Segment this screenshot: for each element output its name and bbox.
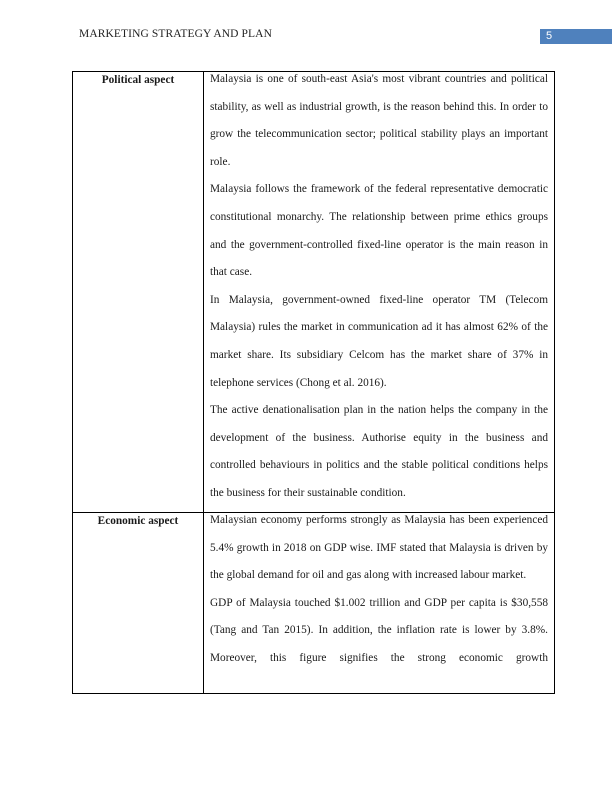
table-row-economic: Economic aspect Malaysian economy perfor…: [73, 513, 555, 694]
paragraph: Malaysian economy performs strongly as M…: [210, 507, 548, 590]
pest-analysis-table: Political aspect Malaysia is one of sout…: [72, 71, 555, 694]
paragraph: The active denationalisation plan in the…: [210, 397, 548, 507]
running-header-title: MARKETING STRATEGY AND PLAN: [79, 28, 272, 40]
paragraph: GDP of Malaysia touched $1.002 trillion …: [210, 590, 548, 673]
aspect-label-cell: Economic aspect: [73, 513, 204, 694]
paragraph: Malaysia is one of south-east Asia's mos…: [210, 66, 548, 176]
aspect-content-cell: Malaysian economy performs strongly as M…: [204, 513, 555, 694]
aspect-label: Economic aspect: [73, 514, 203, 528]
table-row-political: Political aspect Malaysia is one of sout…: [73, 72, 555, 513]
page-number: 5: [546, 29, 552, 44]
paragraph: In Malaysia, government-owned fixed-line…: [210, 287, 548, 397]
aspect-label: Political aspect: [73, 73, 203, 87]
paragraph: Malaysia follows the framework of the fe…: [210, 176, 548, 286]
aspect-label-cell: Political aspect: [73, 72, 204, 513]
page-number-box: 5: [540, 29, 612, 44]
aspect-content-cell: Malaysia is one of south-east Asia's mos…: [204, 72, 555, 513]
